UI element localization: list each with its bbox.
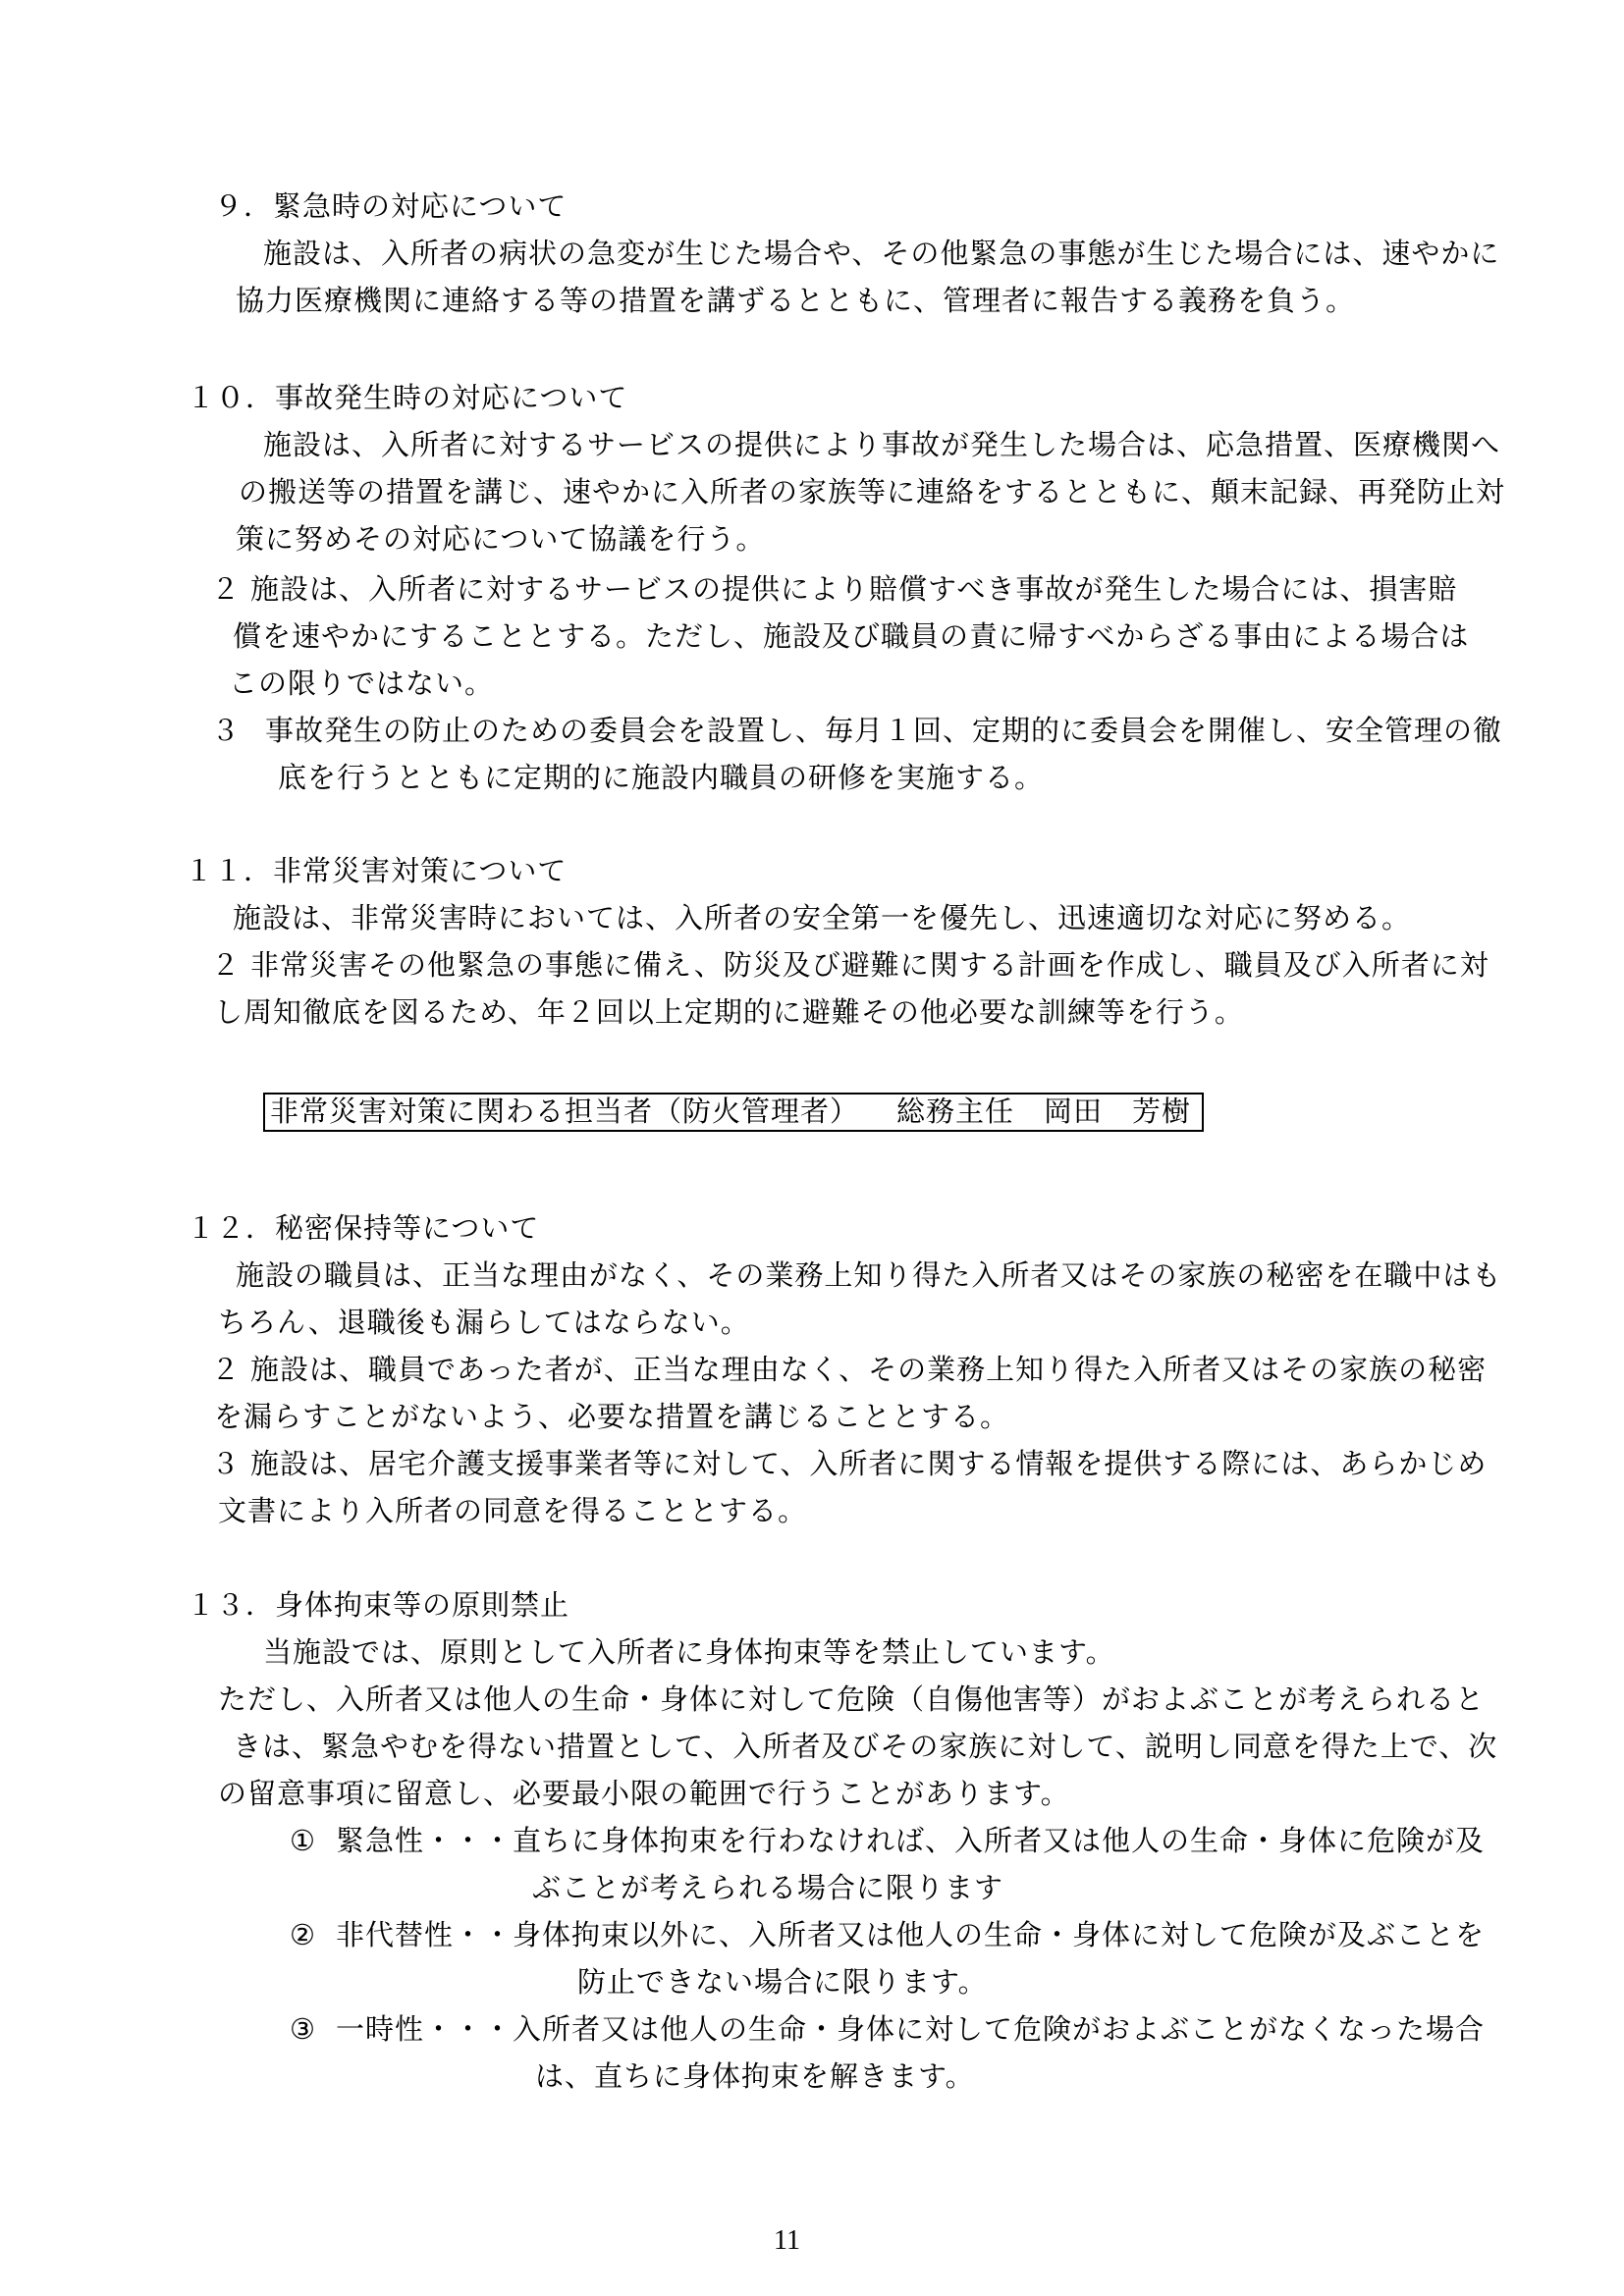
section-13-paragraph-line: の留意事項に留意し、必要最小限の範囲で行うことがあります。 bbox=[218, 1779, 1070, 1810]
section-12-item-2: ２ 施設は、職員であった者が、正当な理由なく、その業務上知り得た入所者又はその家… bbox=[211, 1355, 241, 1386]
section-13-circled-item-3: ③ 一時性・・・入所者又は他人の生命・身体に対して危険がおよぶことがなくなった場… bbox=[290, 2014, 316, 2046]
section-11-item-2: ２ 非常災害その他緊急の事態に備え、防災及び避難に関する計画を作成し、職員及び入… bbox=[211, 950, 241, 982]
fire-manager-name: 総務主任 岡田 芳樹 bbox=[896, 1095, 1191, 1130]
item-text: 一時性・・・入所者又は他人の生命・身体に対して危険がおよぶことがなくなった場合 bbox=[336, 2014, 1485, 2046]
section-10-item-2: ２ 施設は、入所者に対するサービスの提供により賠償すべき事故が発生した場合には、… bbox=[211, 574, 241, 606]
item-text: 緊急性・・・直ちに身体拘束を行わなければ、入所者又は他人の生命・身体に危険が及 bbox=[336, 1826, 1485, 1857]
section-10-heading: １０．事故発生時の対応について bbox=[187, 383, 627, 414]
section-12-item-3: ３ 施設は、居宅介護支援事業者等に対して、入所者に関する情報を提供する際には、あ… bbox=[211, 1449, 241, 1480]
item-text: 事故発生の防止のための委員会を設置し、毎月１回、定期的に委員会を開催し、安全管理… bbox=[265, 716, 1502, 747]
section-10-paragraph-line: この限りではない。 bbox=[229, 668, 494, 700]
fire-manager-role-label: 非常災害対策に関わる担当者（防火管理者） bbox=[270, 1095, 859, 1130]
item-number: ２ bbox=[211, 950, 241, 982]
section-9-paragraph-line: 施設は、入所者の病状の急変が生じた場合や、その他緊急の事態が生じた場合には、速や… bbox=[263, 239, 1499, 270]
section-10-paragraph-line: の搬送等の措置を講じ、速やかに入所者の家族等に連絡をするとともに、顛末記録、再発… bbox=[239, 477, 1505, 508]
section-11-paragraph-line: し周知徹底を図るため、年２回以上定期的に避難その他必要な訓練等を行う。 bbox=[214, 997, 1244, 1029]
section-12-paragraph-line: 施設の職員は、正当な理由がなく、その業務上知り得た入所者又はその家族の秘密を在職… bbox=[236, 1260, 1501, 1292]
page-number: 11 bbox=[774, 2226, 800, 2256]
section-11-paragraph-line: 施設は、非常災害時においては、入所者の安全第一を優先し、迅速適切な対応に努める。 bbox=[233, 903, 1411, 934]
section-10-item-3: ３ 事故発生の防止のための委員会を設置し、毎月１回、定期的に委員会を開催し、安全… bbox=[211, 716, 241, 747]
section-13-paragraph-line: は、直ちに身体拘束を解きます。 bbox=[535, 2061, 975, 2093]
section-12-paragraph-line: ちろん、退職後も漏らしてはならない。 bbox=[218, 1308, 750, 1339]
section-10-paragraph-line: 償を速やかにすることとする。ただし、施設及び職員の責に帰すべからざる事由による場… bbox=[233, 621, 1469, 653]
item-number: ２ bbox=[211, 574, 241, 606]
circled-number-1: ① bbox=[290, 1826, 316, 1857]
section-10-paragraph-line: 施設は、入所者に対するサービスの提供により事故が発生した場合は、応急措置、医療機… bbox=[263, 430, 1500, 461]
section-13-circled-item-1: ① 緊急性・・・直ちに身体拘束を行わなければ、入所者又は他人の生命・身体に危険が… bbox=[290, 1826, 316, 1857]
section-13-paragraph-line: ぶことが考えられる場合に限ります bbox=[532, 1873, 1003, 1904]
section-10-paragraph-line: 底を行うとともに定期的に施設内職員の研修を実施する。 bbox=[278, 763, 1044, 794]
circled-number-3: ③ bbox=[290, 2014, 316, 2046]
document-page: ９．緊急時の対応について 施設は、入所者の病状の急変が生じた場合や、その他緊急の… bbox=[0, 0, 1624, 2296]
item-number: ２ bbox=[211, 1355, 241, 1386]
section-13-heading: １３．身体拘束等の原則禁止 bbox=[187, 1590, 569, 1622]
item-text: 非常災害その他緊急の事態に備え、防災及び避難に関する計画を作成し、職員及び入所者… bbox=[250, 950, 1489, 982]
section-9-heading: ９．緊急時の対応について bbox=[214, 191, 567, 223]
section-10-paragraph-line: 策に努めその対応について協議を行う。 bbox=[236, 524, 765, 556]
item-text: 施設は、職員であった者が、正当な理由なく、その業務上知り得た入所者又はその家族の… bbox=[250, 1355, 1487, 1386]
section-13-paragraph-line: きは、緊急やむを得ない措置として、入所者及びその家族に対して、説明し同意を得た上… bbox=[233, 1732, 1497, 1763]
section-11-heading: １１．非常災害対策について bbox=[185, 856, 567, 887]
section-13-paragraph-line: 当施設では、原則として入所者に身体拘束等を禁止しています。 bbox=[263, 1637, 1115, 1669]
section-12-heading: １２．秘密保持等について bbox=[187, 1213, 539, 1245]
item-text: 施設は、入所者に対するサービスの提供により賠償すべき事故が発生した場合には、損害… bbox=[250, 574, 1457, 606]
section-13-paragraph-line: 防止できない場合に限ります。 bbox=[577, 1967, 988, 1999]
section-13-circled-item-2: ② 非代替性・・身体拘束以外に、入所者又は他人の生命・身体に対して危険が及ぶこと… bbox=[290, 1920, 316, 1951]
section-13-paragraph-line: ただし、入所者又は他人の生命・身体に対して危険（自傷他害等）がおよぶことが考えら… bbox=[218, 1684, 1485, 1716]
item-number: ３ bbox=[211, 1449, 241, 1480]
fire-manager-box: 非常災害対策に関わる担当者（防火管理者） 総務主任 岡田 芳樹 bbox=[263, 1093, 1204, 1132]
circled-number-2: ② bbox=[290, 1920, 316, 1951]
section-12-paragraph-line: 文書により入所者の同意を得ることとする。 bbox=[218, 1496, 807, 1527]
item-number: ３ bbox=[211, 716, 241, 747]
item-text: 施設は、居宅介護支援事業者等に対して、入所者に関する情報を提供する際には、あらか… bbox=[250, 1449, 1487, 1480]
item-text: 非代替性・・身体拘束以外に、入所者又は他人の生命・身体に対して危険が及ぶことを bbox=[336, 1920, 1485, 1951]
section-9-paragraph-line: 協力医療機関に連絡する等の措置を講ずるとともに、管理者に報告する義務を負う。 bbox=[236, 286, 1355, 317]
section-12-paragraph-line: を漏らすことがないよう、必要な措置を講じることとする。 bbox=[214, 1402, 1009, 1433]
